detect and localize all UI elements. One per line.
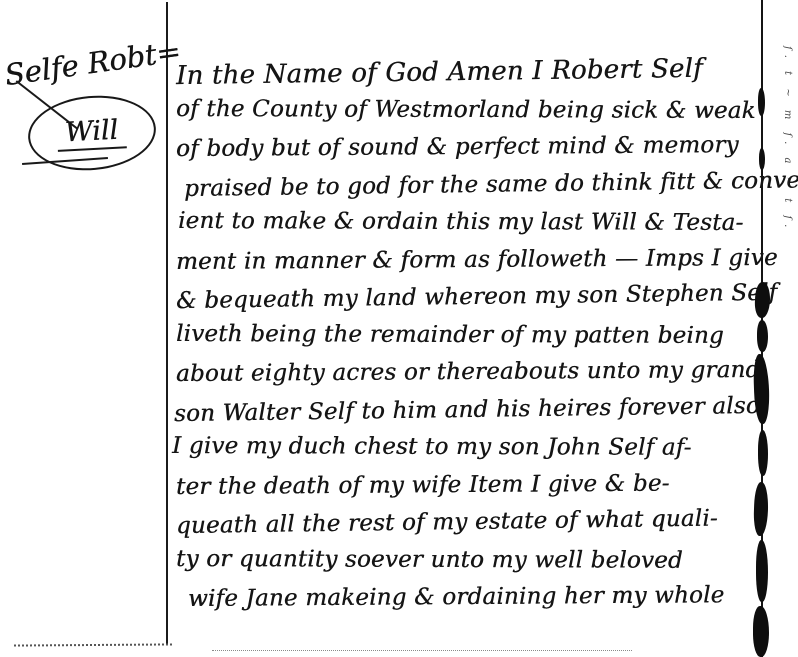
manuscript-line: wife Jane makeing & ordaining her my who… — [188, 577, 762, 619]
scan-artifact-dots — [14, 643, 172, 646]
gutter-blot — [754, 282, 771, 319]
manuscript-line: of body but of sound & perfect mind & me… — [176, 127, 762, 169]
will-stamp-text: Will — [57, 114, 128, 152]
scan-artifact-dots — [212, 650, 632, 651]
gutter-blot — [758, 88, 765, 116]
gutter-blot — [758, 430, 768, 476]
manuscript-line: of the County of Westmorland being sick … — [176, 90, 762, 130]
manuscript-line: ient to make & ordain this my last Will … — [178, 203, 762, 243]
margin-name-label: Selfe Robt= — [2, 34, 182, 92]
manuscript-line: ter the death of my wife Item I give & b… — [176, 464, 762, 506]
gutter-blot — [753, 482, 769, 536]
manuscript-text: In the Name of God Amen I Robert Self of… — [176, 54, 762, 617]
manuscript-line: liveth being the remainder of my patten … — [176, 315, 762, 355]
manuscript-line: son Walter Self to him and his heires fo… — [174, 387, 762, 433]
manuscript-line: In the Name of God Amen I Robert Self — [176, 50, 762, 96]
gutter-blot — [756, 540, 768, 602]
manuscript-line: praised be to god for the same do think … — [184, 162, 762, 208]
manuscript-line: about eighty acres or thereabouts unto m… — [176, 352, 762, 394]
manuscript-line: ment in manner & form as followeth — Imp… — [176, 239, 762, 281]
gutter-blot — [757, 320, 768, 352]
gutter-blot — [753, 606, 769, 657]
gutter-blot — [759, 148, 765, 170]
right-margin-vertical-note: ſ. t ~ m ſ. a ~ t ſ. — [773, 46, 793, 326]
manuscript-page: Selfe Robt= Will In the Name of God Amen… — [0, 0, 798, 657]
manuscript-line: ty or quantity soever unto my well belov… — [176, 540, 762, 580]
manuscript-line: & bequeath my land whereon my son Stephe… — [176, 275, 762, 321]
manuscript-line: queath all the rest of my estate of what… — [176, 500, 762, 546]
left-margin-rule — [166, 2, 168, 644]
manuscript-line: I give my duch chest to my son John Self… — [172, 428, 762, 468]
